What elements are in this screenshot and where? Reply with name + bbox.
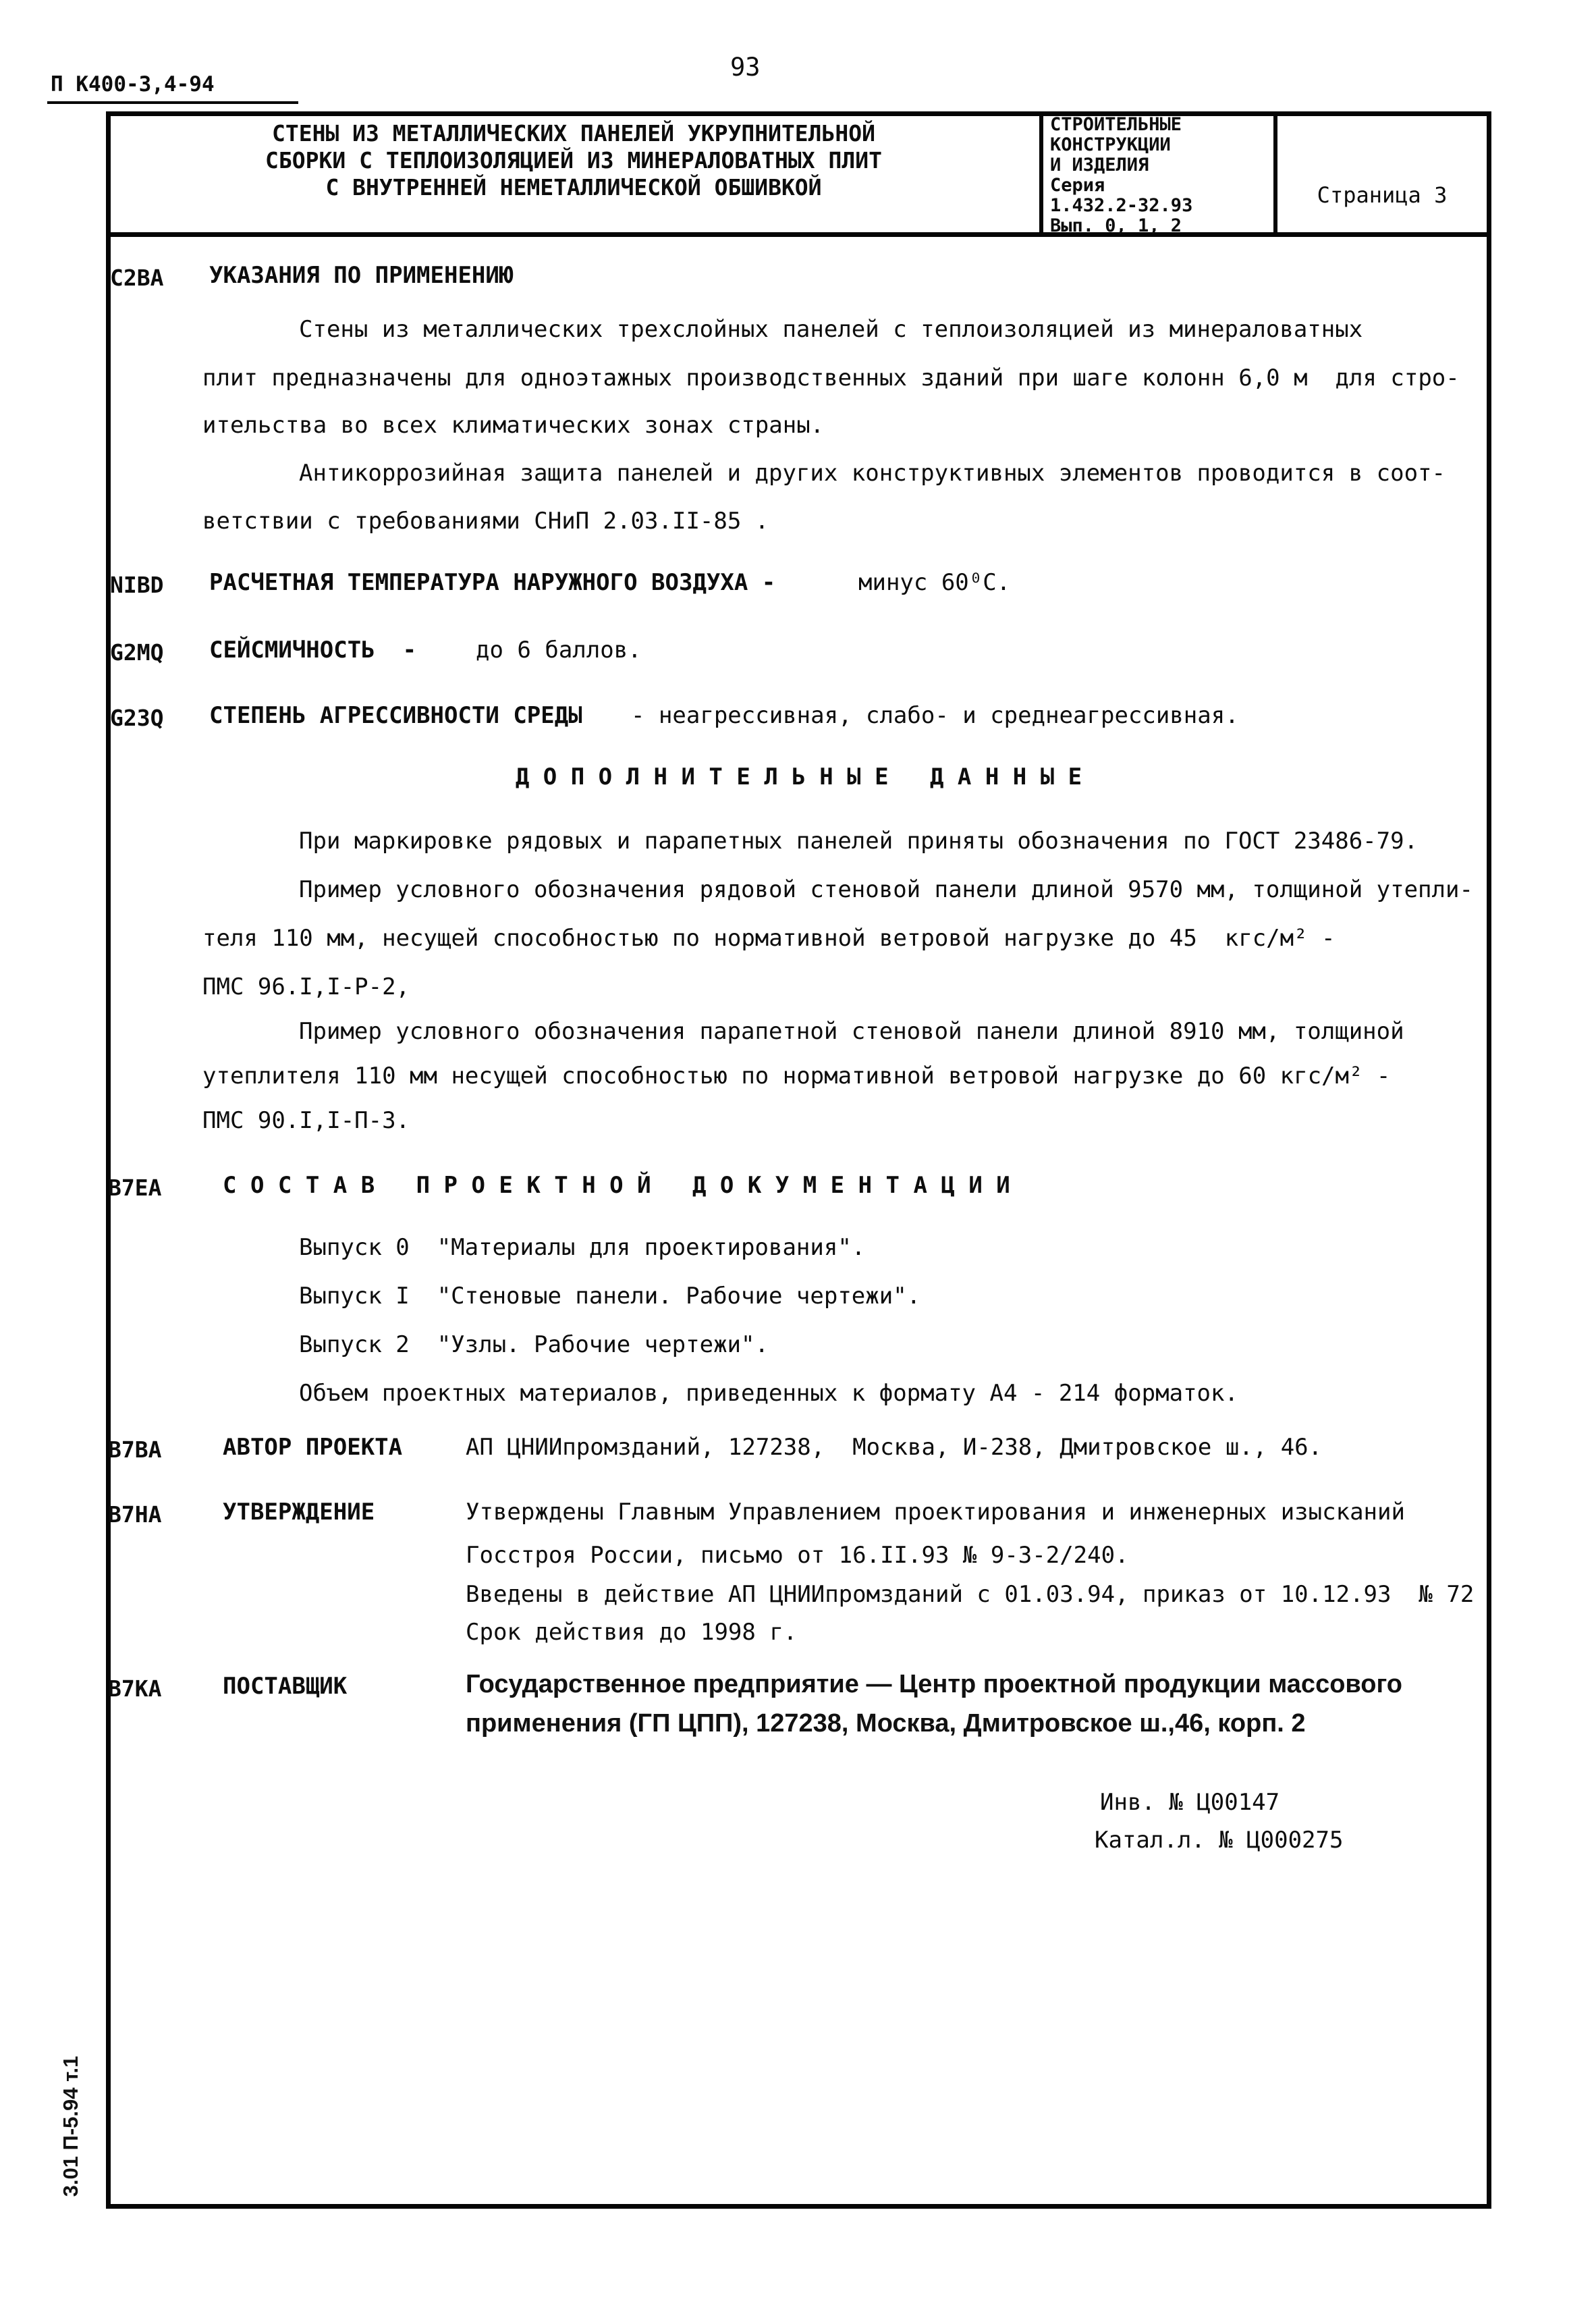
- project-volume-line: Объем проектных материалов, приведенных …: [299, 1381, 1238, 1406]
- inventory-number: Инв. № Ц00147: [1100, 1790, 1279, 1815]
- section-heading-usage: УКАЗАНИЯ ПО ПРИМЕНЕНИЮ: [209, 263, 513, 288]
- section-code-c2ba: C2BA: [110, 265, 163, 291]
- approval-label: УТВЕРЖДЕНИЕ: [223, 1500, 375, 1525]
- temperature-value: минус 60⁰С.: [858, 570, 1010, 595]
- section-code-b7va: В7ВА: [108, 1436, 161, 1463]
- approval-line-2: Госстроя России, письмо от 16.II.93 № 9-…: [466, 1543, 1129, 1568]
- doc-title-line-1: СТЕНЫ ИЗ МЕТАЛЛИЧЕСКИХ ПАНЕЛЕЙ УКРУПНИТЕ…: [115, 120, 1033, 146]
- section-code-g2mq: G2MQ: [110, 639, 163, 666]
- section-code-b7ea: В7ЕА: [108, 1175, 161, 1201]
- paragraph-line: ительства во всех климатических зонах ст…: [202, 413, 824, 438]
- series-cell-line-5: 1.432.2-32.93: [1050, 196, 1192, 216]
- paragraph-line: утеплителя 110 мм несущей способностью п…: [202, 1064, 1390, 1089]
- paragraph-line: Стены из металлических трехслойных панел…: [299, 317, 1363, 342]
- paragraph-line: При маркировке рядовых и парапетных пане…: [299, 829, 1418, 854]
- scanned-document-page: { "page": { "doc_code": "П К400-3,4-94",…: [0, 0, 1596, 2312]
- series-cell-line-3: И ИЗДЕЛИЯ: [1050, 155, 1192, 176]
- approval-line-3: Введены в действие АП ЦНИИпромзданий с 0…: [466, 1582, 1474, 1607]
- paragraph-line: ветствии с требованиями СНиП 2.03.II-85 …: [202, 509, 769, 534]
- supplier-line-2: применения (ГП ЦПП), 127238, Москва, Дми…: [466, 1709, 1306, 1738]
- series-cell-line-6: Вып. 0, 1, 2: [1050, 216, 1192, 236]
- series-cell-line-4: Серия: [1050, 176, 1192, 196]
- paragraph-line: Пример условного обозначения рядовой сте…: [299, 878, 1473, 903]
- section-heading-project-documentation: С О С Т А В П Р О Е К Т Н О Й Д О К У М …: [223, 1173, 1010, 1198]
- paragraph-line: Пример условного обозначения парапетной …: [299, 1019, 1404, 1044]
- series-cell: СТРОИТЕЛЬНЫЕ КОНСТРУКЦИИ И ИЗДЕЛИЯ Серия…: [1050, 115, 1192, 236]
- paragraph-line: теля 110 мм, несущей способностью по нор…: [202, 926, 1336, 951]
- document-code: П К400-3,4-94: [51, 73, 215, 96]
- section-heading-aggressiveness: СТЕПЕНЬ АГРЕССИВНОСТИ СРЕДЫ: [209, 703, 582, 728]
- section-heading-additional-data: Д О П О Л Н И Т Е Л Ь Н Ы Е Д А Н Н Ы Е: [106, 765, 1491, 790]
- section-heading-seismicity: СЕЙСМИЧНОСТЬ -: [209, 638, 416, 663]
- issue-item-0: Выпуск 0 "Материалы для проектирования".: [299, 1235, 865, 1260]
- series-cell-line-2: КОНСТРУКЦИИ: [1050, 135, 1192, 155]
- issue-item-1: Выпуск I "Стеновые панели. Рабочие черте…: [299, 1284, 920, 1309]
- header-divider-1: [1039, 111, 1043, 237]
- approval-line-4: Срок действия до 1998 г.: [466, 1620, 797, 1645]
- section-heading-temperature: РАСЧЕТНАЯ ТЕМПЕРАТУРА НАРУЖНОГО ВОЗДУХА …: [209, 570, 775, 595]
- aggressiveness-value: - неагрессивная, слабо- и среднеагрессив…: [631, 703, 1239, 728]
- header-bottom-rule: [106, 232, 1491, 237]
- author-value: АП ЦНИИпромзданий, 127238, Москва, И-238…: [466, 1435, 1322, 1460]
- doc-title-line-2: СБОРКИ С ТЕПЛОИЗОЛЯЦИЕЙ ИЗ МИНЕРАЛОВАТНЫ…: [115, 147, 1033, 173]
- section-code-b7ka: В7КА: [108, 1675, 161, 1702]
- supplier-label: ПОСТАВЩИК: [223, 1674, 347, 1699]
- paragraph-line: Антикоррозийная защита панелей и других …: [299, 461, 1446, 486]
- issue-item-2: Выпуск 2 "Узлы. Рабочие чертежи".: [299, 1333, 769, 1357]
- margin-stamp: 3.01 П-5.94 т.1: [59, 2056, 83, 2197]
- catalog-number: Катал.л. № Ц000275: [1095, 1828, 1343, 1853]
- seismicity-value: до 6 баллов.: [476, 638, 642, 663]
- paragraph-line: плит предназначены для одноэтажных произ…: [202, 366, 1460, 391]
- page-cell: Страница 3: [1277, 184, 1487, 207]
- panel-mark-pms-96: ПМС 96.I,I-Р-2,: [202, 975, 410, 1000]
- series-cell-line-1: СТРОИТЕЛЬНЫЕ: [1050, 115, 1192, 135]
- document-code-underline: [47, 101, 298, 104]
- approval-line-1: Утверждены Главным Управлением проектиро…: [466, 1500, 1405, 1525]
- supplier-line-1: Государственное предприятие — Центр прое…: [466, 1670, 1402, 1699]
- doc-title-line-3: С ВНУТРЕННЕЙ НЕМЕТАЛЛИЧЕСКОЙ ОБШИВКОЙ: [115, 174, 1033, 200]
- section-code-nibd: NIBD: [110, 572, 163, 598]
- author-label: АВТОР ПРОЕКТА: [223, 1435, 402, 1460]
- page-number: 93: [730, 54, 761, 82]
- section-code-b7na: В7НА: [108, 1501, 161, 1528]
- header-divider-2: [1273, 111, 1277, 237]
- section-code-g23q: G23Q: [110, 705, 163, 731]
- panel-mark-pms-90: ПМС 90.I,I-П-3.: [202, 1108, 410, 1133]
